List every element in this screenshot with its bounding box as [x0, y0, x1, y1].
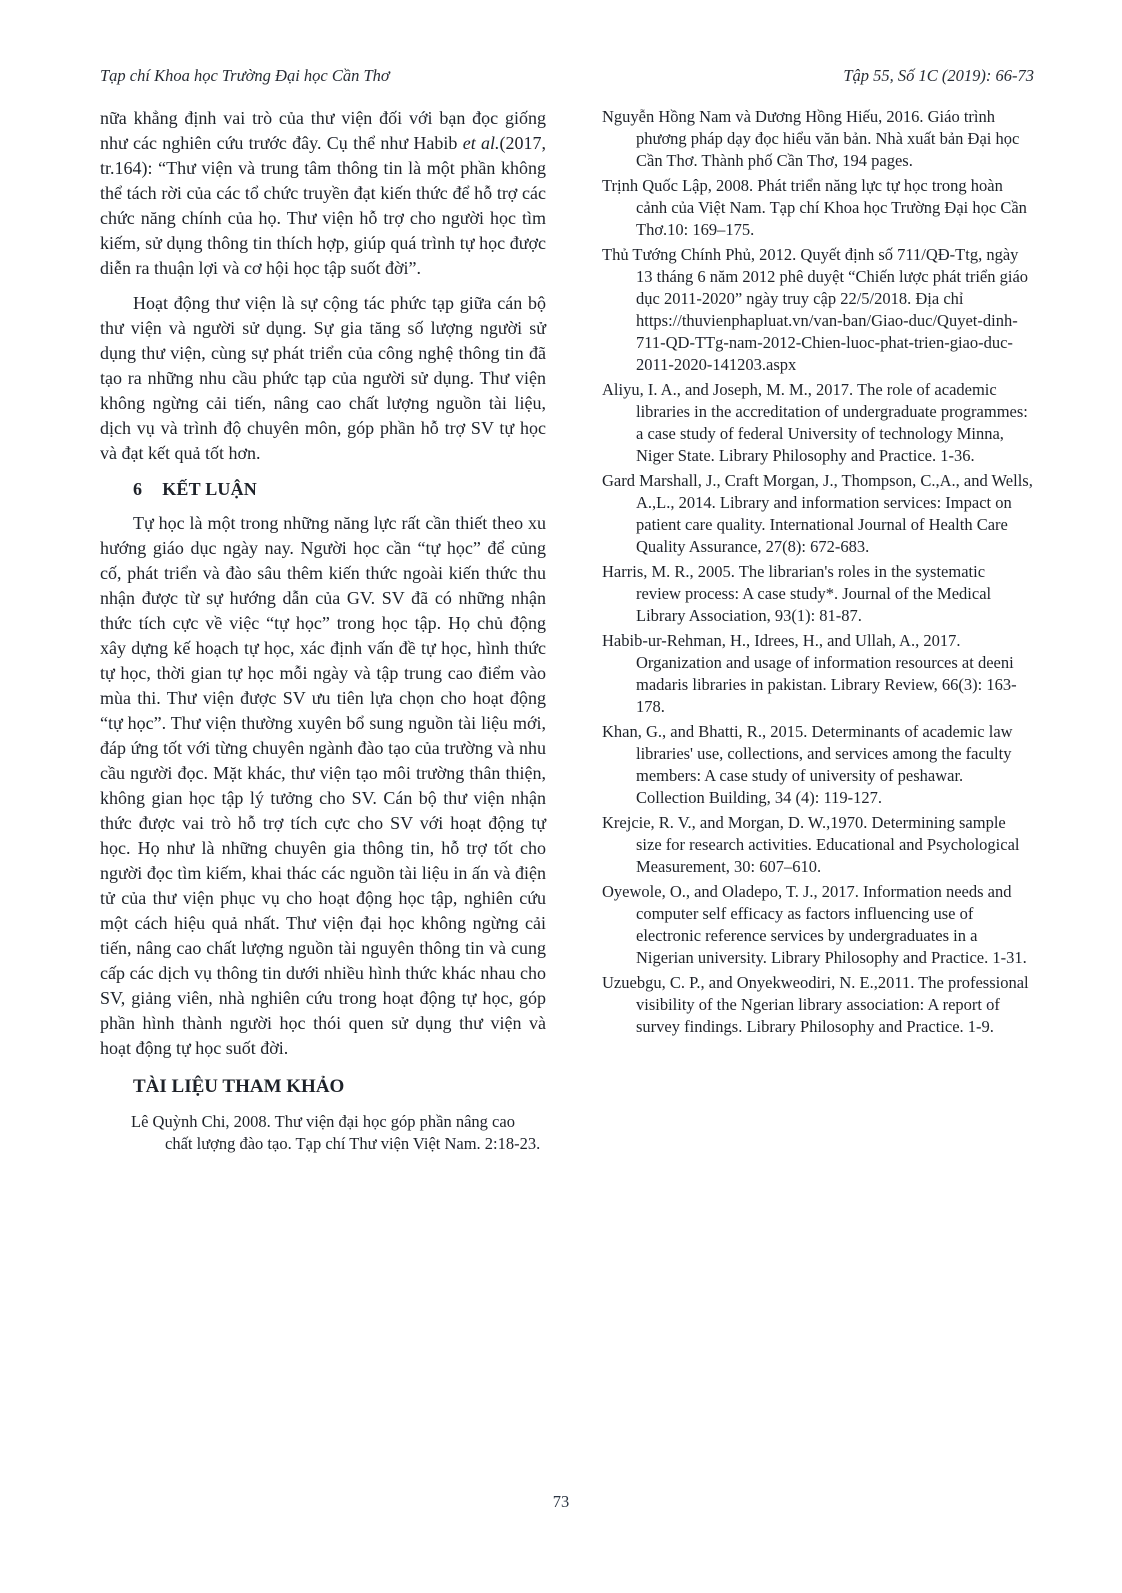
paragraph-text: (2017, tr.164): “Thư viện và trung tâm t…	[100, 133, 546, 278]
paragraph: Hoạt động thư viện là sự cộng tác phức t…	[100, 291, 546, 466]
paragraph-conclusion: Tự học là một trong những năng lực rất c…	[100, 511, 546, 1061]
paper-page: Tạp chí Khoa học Trường Đại học Cần Thơ …	[0, 0, 1122, 1593]
right-column: Nguyễn Hồng Nam và Dương Hồng Hiếu, 2016…	[602, 106, 1034, 1158]
references-heading: TÀI LIỆU THAM KHẢO	[100, 1076, 546, 1098]
reference-item: Aliyu, I. A., and Joseph, M. M., 2017. T…	[602, 379, 1034, 467]
issue-info: Tập 55, Số 1C (2019): 66-73	[843, 66, 1034, 86]
reference-item: Krejcie, R. V., and Morgan, D. W.,1970. …	[602, 812, 1034, 878]
content-columns: nữa khẳng định vai trò của thư viện đối …	[100, 106, 1034, 1158]
section-heading-conclusion: 6KẾT LUẬN	[100, 479, 546, 500]
left-column: nữa khẳng định vai trò của thư viện đối …	[100, 106, 546, 1158]
reference-item: Thủ Tướng Chính Phủ, 2012. Quyết định số…	[602, 244, 1034, 376]
paragraph-continuation: nữa khẳng định vai trò của thư viện đối …	[100, 106, 546, 281]
reference-item: Khan, G., and Bhatti, R., 2015. Determin…	[602, 721, 1034, 809]
et-al-italic: et al.	[463, 133, 500, 153]
reference-item: Harris, M. R., 2005. The librarian's rol…	[602, 561, 1034, 627]
page-header: Tạp chí Khoa học Trường Đại học Cần Thơ …	[100, 66, 1034, 86]
reference-item: Oyewole, O., and Oladepo, T. J., 2017. I…	[602, 881, 1034, 969]
page-footer: 73	[0, 1492, 1122, 1512]
journal-name: Tạp chí Khoa học Trường Đại học Cần Thơ	[100, 66, 390, 86]
reference-item: Uzuebgu, C. P., and Onyekweodiri, N. E.,…	[602, 972, 1034, 1038]
section-title: KẾT LUẬN	[162, 479, 257, 499]
reference-item: Gard Marshall, J., Craft Morgan, J., Tho…	[602, 470, 1034, 558]
reference-item: Lê Quỳnh Chi, 2008. Thư viện đại học góp…	[131, 1111, 546, 1155]
reference-item: Trịnh Quốc Lập, 2008. Phát triển năng lự…	[602, 175, 1034, 241]
reference-item: Nguyễn Hồng Nam và Dương Hồng Hiếu, 2016…	[602, 106, 1034, 172]
section-number: 6	[133, 479, 142, 499]
reference-item: Habib-ur-Rehman, H., Idrees, H., and Ull…	[602, 630, 1034, 718]
page-number: 73	[553, 1492, 570, 1511]
